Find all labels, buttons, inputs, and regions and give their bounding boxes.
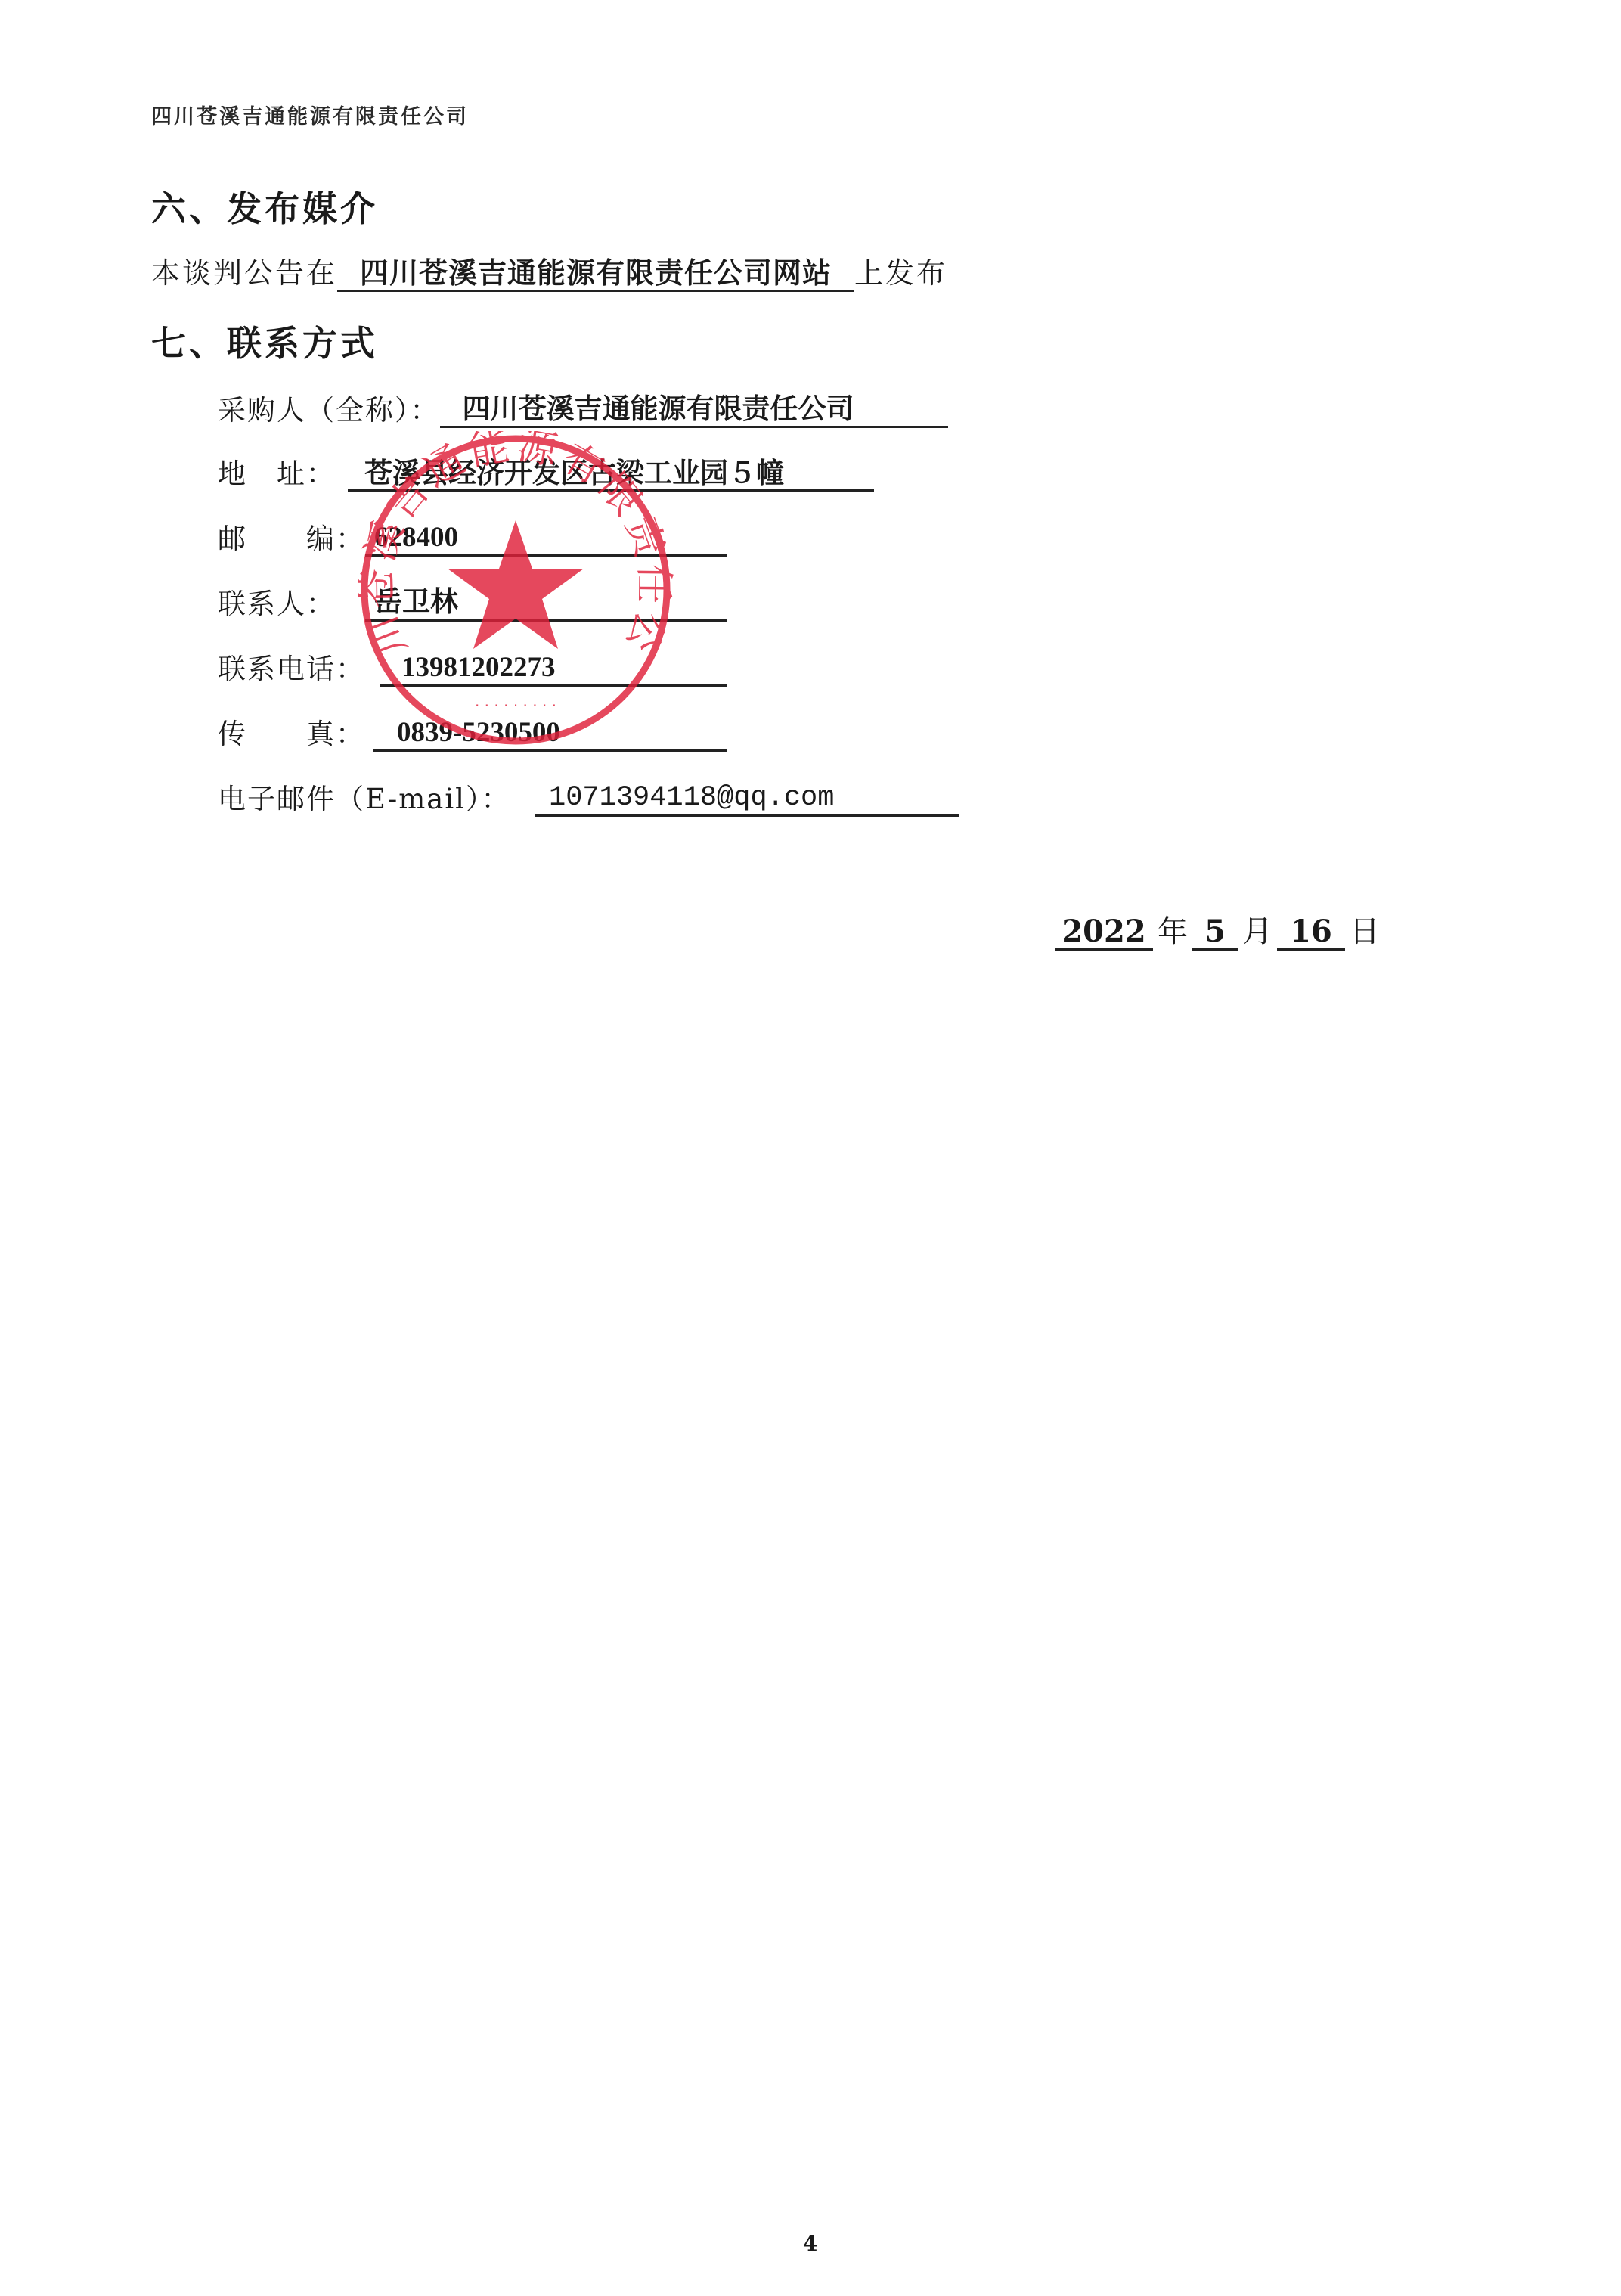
purchaser-label: 采购人（全称）：: [218, 387, 440, 428]
page-number: 4: [803, 2231, 817, 2256]
email-label: 电子邮件（E-mail）：: [218, 776, 535, 817]
section-heading-contact: 七、联系方式: [151, 316, 378, 366]
date-year: 2022: [1055, 915, 1153, 951]
postcode-row: 邮 编： 628400: [218, 516, 727, 557]
phone-value: 13981202273: [380, 652, 727, 687]
email-value: 1071394118@qq.com: [535, 782, 959, 817]
address-value: 苍溪县经济开发区古梁工业园５幢: [348, 457, 874, 492]
running-header: 四川苍溪吉通能源有限责任公司: [151, 100, 469, 129]
date-year-unit: 年: [1158, 908, 1188, 951]
date-month: 5: [1192, 915, 1238, 951]
section-heading-publication-media: 六、发布媒介: [151, 182, 378, 231]
address-row: 地 址： 苍溪县经济开发区古梁工业园５幢: [218, 451, 874, 492]
publication-suffix: 上发布: [854, 256, 947, 290]
phone-row: 联系电话： 13981202273: [218, 646, 727, 687]
document-date: 2022 年 5 月 16 日: [1055, 908, 1384, 951]
phone-label: 联系电话：: [218, 646, 380, 687]
date-day-unit: 日: [1350, 908, 1380, 951]
publication-paragraph: 本谈判公告在四川苍溪吉通能源有限责任公司网站上发布: [151, 250, 947, 292]
contact-person-value: 岳卫林: [365, 587, 727, 622]
contact-person-row: 联系人： 岳卫林: [218, 581, 727, 622]
postcode-label: 邮 编：: [218, 516, 365, 557]
email-row: 电子邮件（E-mail）： 1071394118@qq.com: [218, 776, 959, 817]
purchaser-row: 采购人（全称）： 四川苍溪吉通能源有限责任公司: [218, 387, 948, 428]
fax-row: 传 真： 0839-5230500: [218, 711, 727, 752]
postcode-value: 628400: [365, 522, 727, 557]
fax-label: 传 真：: [218, 711, 373, 752]
address-label: 地 址：: [218, 451, 348, 492]
contact-person-label: 联系人：: [218, 581, 365, 622]
purchaser-value: 四川苍溪吉通能源有限责任公司: [440, 393, 948, 428]
fax-value: 0839-5230500: [373, 717, 727, 752]
date-month-unit: 月: [1242, 908, 1272, 951]
publication-prefix: 本谈判公告在: [151, 256, 337, 290]
publication-website: 四川苍溪吉通能源有限责任公司网站: [337, 256, 854, 292]
date-day: 16: [1277, 915, 1345, 951]
